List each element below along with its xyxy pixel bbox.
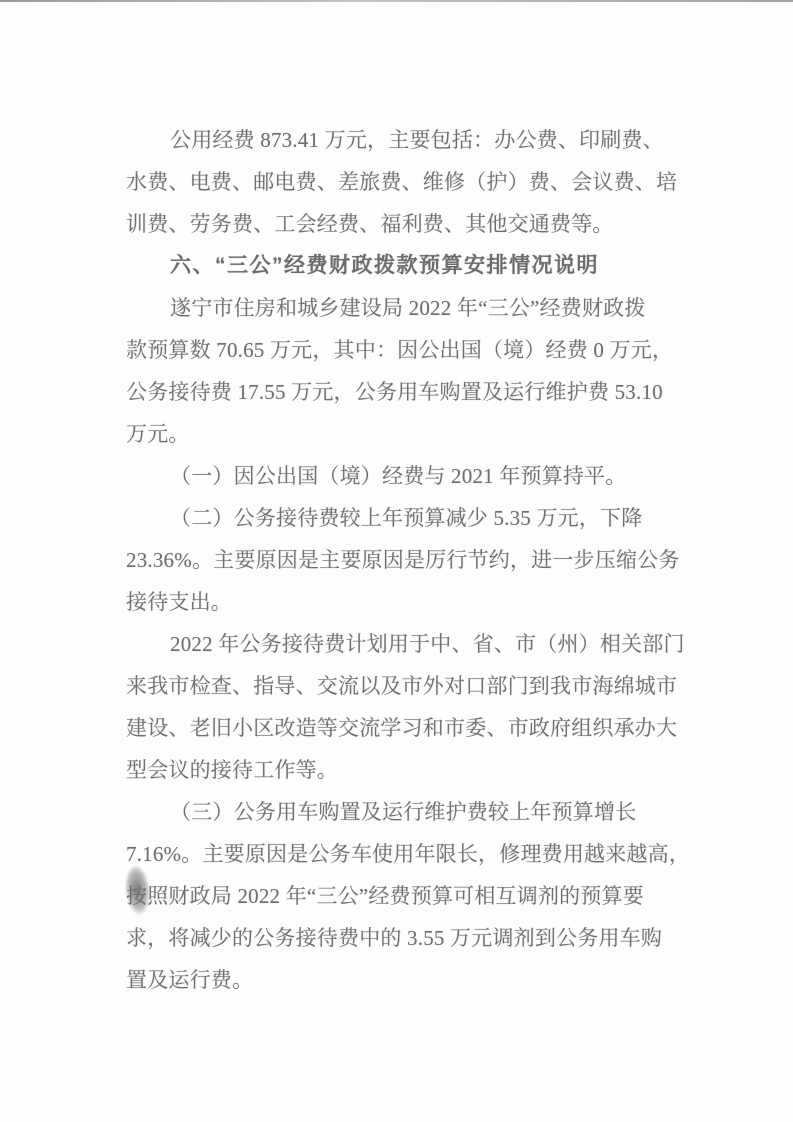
text-line: 款预算数 70.65 万元，其中：因公出国（境）经费 0 万元， xyxy=(126,329,674,371)
text-line: （三）公务用车购置及运行维护费较上年预算增长 xyxy=(126,791,674,833)
paragraph-public-funds: 公用经费 873.41 万元，主要包括：办公费、印刷费、 水费、电费、邮电费、差… xyxy=(126,119,674,245)
section-heading-six: 六、“三公”经费财政拨款预算安排情况说明 xyxy=(126,245,674,287)
paragraph-item-one-abroad: （一）因公出国（境）经费与 2021 年预算持平。 xyxy=(126,455,674,497)
text-line: 训费、劳务费、工会经费、福利费、其他交通费等。 xyxy=(126,203,674,245)
text-line: 万元。 xyxy=(126,413,674,455)
paragraph-reception-plan: 2022 年公务接待费计划用于中、省、市（州）相关部门 来我市检查、指导、交流以… xyxy=(126,623,674,791)
text-line: 置及运行费。 xyxy=(126,959,674,1001)
text-line: 7.16%。主要原因是公务车使用年限长，修理费用越来越高， xyxy=(126,833,674,875)
text-line: 遂宁市住房和城乡建设局 2022 年“三公”经费财政拨 xyxy=(126,287,674,329)
text-line: 按照财政局 2022 年“三公”经费预算可相互调剂的预算要 xyxy=(126,875,674,917)
text-line: 接待支出。 xyxy=(126,581,674,623)
document-page: 公用经费 873.41 万元，主要包括：办公费、印刷费、 水费、电费、邮电费、差… xyxy=(0,0,793,1122)
text-line: 建设、老旧小区改造等交流学习和市委、市政府组织承办大 xyxy=(126,707,674,749)
text-line: 水费、电费、邮电费、差旅费、维修（护）费、会议费、培 xyxy=(126,161,674,203)
text-line: 型会议的接待工作等。 xyxy=(126,749,674,791)
text-line: 公务接待费 17.55 万元，公务用车购置及运行维护费 53.10 xyxy=(126,371,674,413)
text-line: （二）公务接待费较上年预算减少 5.35 万元，下降 xyxy=(126,497,674,539)
text-line: 求，将减少的公务接待费中的 3.55 万元调剂到公务用车购 xyxy=(126,917,674,959)
paragraph-item-two-reception: （二）公务接待费较上年预算减少 5.35 万元，下降 23.36%。主要原因是主… xyxy=(126,497,674,623)
text-line: 23.36%。主要原因是主要原因是厉行节约，进一步压缩公务 xyxy=(126,539,674,581)
paragraph-item-three-vehicles: （三）公务用车购置及运行维护费较上年预算增长 7.16%。主要原因是公务车使用年… xyxy=(126,791,674,1001)
paragraph-sangong-overview: 遂宁市住房和城乡建设局 2022 年“三公”经费财政拨 款预算数 70.65 万… xyxy=(126,287,674,455)
text-line: 公用经费 873.41 万元，主要包括：办公费、印刷费、 xyxy=(126,119,674,161)
text-line: （一）因公出国（境）经费与 2021 年预算持平。 xyxy=(126,455,674,497)
text-line: 2022 年公务接待费计划用于中、省、市（州）相关部门 xyxy=(126,623,674,665)
document-content: 公用经费 873.41 万元，主要包括：办公费、印刷费、 水费、电费、邮电费、差… xyxy=(126,119,674,1001)
scan-top-edge-artifact xyxy=(0,0,793,2)
text-line: 来我市检查、指导、交流以及市外对口部门到我市海绵城市 xyxy=(126,665,674,707)
section-heading-text: 六、“三公”经费财政拨款预算安排情况说明 xyxy=(126,245,674,287)
